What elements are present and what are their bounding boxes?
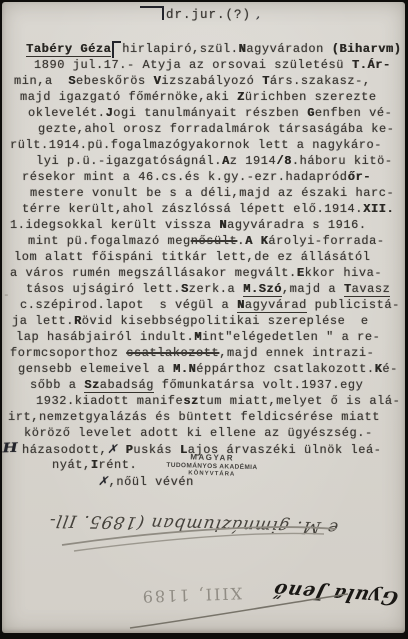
typed-text: agyváradon [246, 42, 331, 56]
typed-text: N [219, 218, 227, 232]
typed-text: S [68, 74, 76, 88]
typed-text: R [74, 314, 82, 328]
typed-text: A [222, 154, 230, 168]
typed-text: M.N [173, 362, 196, 376]
handwritten-shelfmark-inverted: XIII, 1189 [106, 584, 243, 608]
typed-text: résekor mint a 46.cs.és k.gy.-ezr.hadapr… [22, 170, 348, 184]
typed-text: z 1914 [230, 154, 277, 168]
typed-text: zerk.a [189, 282, 243, 296]
archival-index-card: dr.jur.(?) , Tabéry Gézahirlapiró,szül.N… [2, 2, 405, 633]
typed-text: ,majd ennek intrazi- [219, 346, 374, 360]
typed-text: int"elégedetlen " a re- [202, 330, 380, 344]
typed-line: sőbb a Szabadság főmunkatársa volt.1937.… [8, 377, 403, 393]
typed-text: térre került,ahol zászlóssá lépett elő.1… [22, 202, 363, 216]
typed-body: Tabéry Gézahirlapiró,szül.Nagyváradon (B… [8, 41, 403, 489]
typed-line: 1.idegsokkal került vissza Nagyváradra s… [8, 217, 403, 233]
typed-text: hirlapiró,szül. [122, 42, 238, 56]
typed-line: irt,nemzetgyalázás és büntett feldicséré… [8, 409, 403, 425]
typed-text: c.szépirod.lapot s végül a [20, 298, 237, 312]
margin-tick: - [3, 290, 10, 302]
handwritten-note-inverted: e M. gimnáziumban (1895. Ill- [58, 510, 339, 537]
handwritten-mark: ✗ [98, 474, 109, 488]
typed-line: oklevelét.Jogi tanulmányait részben Genf… [8, 105, 403, 121]
typed-text: formcsoporthoz [10, 346, 126, 360]
typed-line: ja lett.Rövid kisebbségpolitikai szerepl… [8, 313, 403, 329]
typed-text: M [194, 330, 202, 344]
typed-line: lom alatt főispáni titkár lett,de ez áll… [8, 249, 403, 265]
typed-text: A K [245, 234, 268, 248]
typed-text: mint pü.fogalmazó meg [28, 234, 191, 248]
typed-line: köröző levelet adott ki ellene az ügyész… [8, 425, 403, 441]
typed-text: a város rumén megszállásakor megvált. [10, 266, 297, 280]
typed-text: XII. [363, 202, 394, 216]
typed-text: 1.idegsokkal került vissza [10, 218, 219, 232]
typed-text: .háboru kitö- [292, 154, 393, 168]
handwritten-signature-inverted: Gyula Jenő [249, 577, 400, 609]
typed-line: mint pü.fogalmazó megnősült.A Károlyi-fo… [8, 233, 403, 249]
typed-text: irt,nemzetgyalázás és büntett feldicséré… [8, 410, 380, 424]
insertion-mark [140, 6, 164, 20]
insertion-mark [112, 41, 121, 58]
typed-text: . [237, 234, 245, 248]
typed-text: majd igazgató főmérnöke,aki [20, 90, 237, 104]
typed-text: ebeskőrös [76, 74, 154, 88]
typed-text: gezte,ahol orosz forradalmárok társaságá… [38, 122, 395, 136]
typed-text: házasodott, [22, 443, 107, 457]
typed-text: I [91, 458, 99, 472]
typed-text: nyát, [52, 458, 91, 472]
typed-text: E [297, 266, 305, 280]
typed-text: ürichben szerezte [245, 90, 377, 104]
typed-line: lyi p.ü.-igazgatóságnál.Az 1914/8.háboru… [8, 153, 403, 169]
handwritten-mark: , [251, 6, 261, 21]
typed-text: G [307, 106, 315, 120]
scanned-card-photo: { "card": { "header": { "segments": [ {"… [0, 0, 408, 639]
typed-line: mestere vonult be s a déli,majd az észak… [8, 185, 403, 201]
handwritten-mark: ✗ [107, 442, 118, 456]
typed-text: S [181, 282, 189, 296]
typed-line: gezte,ahol orosz forradalmárok társaságá… [8, 121, 403, 137]
typed-text: mestere vonult be s a déli,majd az észak… [30, 186, 394, 200]
typed-line: majd igazgató főmérnöke,aki Zürichben sz… [8, 89, 403, 105]
typed-text: agyváradra s 1916. [227, 218, 367, 232]
typed-line: formcsoporthoz csatlakozott,majd ennek i… [8, 345, 403, 361]
typed-text: ,majd a [282, 282, 344, 296]
typed-text: N [237, 298, 245, 313]
typed-line: tásos ujságiró lett.Szerk.a M.Szó,majd a… [8, 281, 403, 297]
typed-text: főmunkatársa volt.1937.egy [154, 378, 363, 392]
typed-text: ogi tanulmányait részben [113, 106, 307, 120]
typed-text: é- [382, 362, 398, 376]
typed-line: résekor mint a 46.cs.és k.gy.-ezr.hadapr… [8, 169, 403, 185]
typed-text: sőbb a [30, 378, 84, 392]
typed-text: T.Ár- [352, 58, 391, 72]
typed-text: lap hasábjairól indult. [16, 330, 194, 344]
typed-line: térre került,ahol zászlóssá lépett elő.1… [8, 201, 403, 217]
typed-text: min,a [14, 74, 68, 88]
typed-text: (Biharvm) [332, 42, 402, 56]
typed-text: Tabéry Géza [26, 42, 111, 57]
typed-text: őr- [348, 170, 371, 184]
typed-text [118, 443, 126, 457]
typed-text: csatlakozott [126, 346, 219, 360]
typed-line: gensebb elemeivel a M.Néppárthoz csatlak… [8, 361, 403, 377]
typed-text: T [262, 74, 270, 88]
typed-text: árolyi-forrada- [268, 234, 384, 248]
typed-text: rült.1914.pü.fogalmazógyakornok lett a n… [10, 138, 382, 152]
typed-text: Sz [84, 378, 100, 393]
typed-line: a város rumén megszállásakor megvált.Ekk… [8, 265, 403, 281]
typed-text: éppárthoz csatlakozott. [196, 362, 374, 376]
typed-text: tásos ujságiró lett. [26, 282, 181, 296]
typed-text: avasz [352, 282, 391, 297]
library-stamp: MAGYAR TUDOMÁNYOS AKADÉMIA KÖNYVTÁRA [152, 451, 273, 480]
typed-text: agyvárad [245, 298, 307, 313]
typed-text: rént. [99, 458, 138, 472]
typed-line: lap hasábjairól indult.Mint"elégedetlen … [8, 329, 403, 345]
typed-text: köröző levelet adott ki ellene az ügyész… [24, 426, 373, 440]
typed-text: izszabályozó [161, 74, 262, 88]
typed-text: kkor hiva- [305, 266, 383, 280]
typed-text: abadság [100, 378, 154, 393]
typed-text: T [344, 282, 352, 297]
typed-text: 1890 jul.17.- Atyja az orsovai születésü [34, 58, 352, 72]
typed-text: nősült [191, 234, 238, 248]
typed-text: 1932.kiadott manife [36, 394, 183, 408]
typed-text: tum miatt,melyet ő is alá- [199, 394, 401, 408]
typed-text: gensebb elemeivel a [18, 362, 173, 376]
typed-line: Tabéry Gézahirlapiró,szül.Nagyváradon (B… [8, 41, 403, 57]
typed-text: sz [183, 394, 199, 408]
margin-insertion-mark: H [2, 441, 18, 457]
typed-text: ja lett. [12, 314, 74, 328]
typed-text: M.Szó [243, 282, 282, 297]
typed-text: enfben vé- [315, 106, 393, 120]
typed-line: c.szépirod.lapot s végül a Nagyvárad pub… [8, 297, 403, 313]
typed-line: min,a Sebeskőrös Vizszabályozó Társ.szak… [8, 73, 403, 89]
typed-text: Z [237, 90, 245, 104]
typed-text: oklevelét. [28, 106, 106, 120]
typed-text: övid kisebbségpolitikai szereplése e [82, 314, 369, 328]
typed-text: lyi p.ü.-igazgatóságnál. [36, 154, 222, 168]
typed-line: 1932.kiadott manifesztum miatt,melyet ő … [8, 393, 403, 409]
typed-text: dr.jur.(?) [166, 8, 251, 22]
typed-text: publicistá- [307, 298, 400, 312]
typed-line: 1890 jul.17.- Atyja az orsovai születésü… [8, 57, 403, 73]
typed-text: árs.szakasz-, [270, 74, 371, 88]
typed-text: /8 [276, 154, 292, 168]
typed-text: lom alatt főispáni titkár lett,de ez áll… [14, 250, 371, 264]
typed-line: rült.1914.pü.fogalmazógyakornok lett a n… [8, 137, 403, 153]
header-annotation: dr.jur.(?) , [140, 6, 261, 22]
